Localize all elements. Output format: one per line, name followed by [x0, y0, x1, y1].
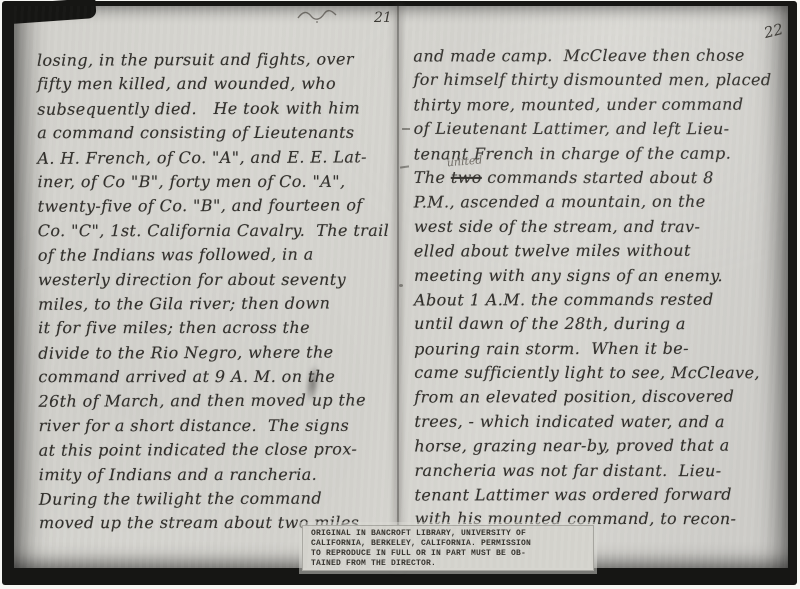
- manuscript-line: thirty more, mounted, under command: [413, 94, 781, 119]
- manuscript-line: river for a short distance. The signs: [39, 416, 401, 441]
- scan-corner-shadow: [9, 0, 96, 24]
- manuscript-paper: 21 22 losing, in the pursuit and fights,…: [14, 6, 788, 568]
- bancroft-library-stamp: ORIGINAL IN BANCROFT LIBRARY, UNIVERSITY…: [302, 525, 594, 571]
- manuscript-line: rancheria was not far distant. Lieu-: [414, 460, 782, 485]
- page-number-left: 21: [374, 10, 392, 26]
- manuscript-line: command arrived at 9 A. M. on the: [38, 367, 400, 392]
- margin-pencil-mark: [402, 128, 410, 130]
- left-page-handwriting: losing, in the pursuit and fights, overf…: [37, 49, 401, 538]
- pencil-insertion: united: [446, 153, 483, 169]
- stamp-text-line: TAINED FROM THE DIRECTOR.: [311, 559, 593, 569]
- margin-pencil-mark: [400, 165, 409, 168]
- manuscript-line: iner, of Co "B", forty men of Co. "A",: [38, 172, 400, 197]
- stamp-text-line: CALIFORNIA, BERKELEY, CALIFORNIA. PERMIS…: [311, 539, 593, 549]
- manuscript-line: at this point indicated the close prox-: [39, 439, 401, 465]
- manuscript-line: westerly direction for about seventy: [38, 269, 400, 294]
- manuscript-line: meeting with any signs of an enemy.: [414, 265, 782, 290]
- manuscript-line: During the twilight the command: [39, 488, 401, 514]
- manuscript-line: subsequently died. He took with him: [37, 98, 399, 124]
- manuscript-line: of the Indians was followed, in a: [38, 244, 400, 270]
- manuscript-line: until dawn of the 28th, during a: [414, 314, 782, 339]
- manuscript-line: tenant Lattimer was ordered forward: [415, 485, 783, 510]
- manuscript-line: imity of Indians and a rancheria.: [39, 464, 401, 489]
- manuscript-line: and made camp. McCleave then chose: [413, 46, 781, 71]
- margin-pencil-mark: [399, 284, 403, 287]
- manuscript-line: About 1 A.M. the commands rested: [414, 289, 782, 314]
- manuscript-line: west side of the stream, and trav-: [414, 217, 782, 242]
- manuscript-line: horse, grazing near-by, proved that a: [414, 436, 782, 461]
- manuscript-line: it for five miles; then across the: [38, 318, 400, 343]
- stamp-text-line: TO REPRODUCE IN FULL OR IN PART MUST BE …: [311, 549, 593, 559]
- manuscript-line: of Lieutenant Lattimer, and left Lieu-: [414, 119, 782, 144]
- manuscript-line: losing, in the pursuit and fights, over: [37, 49, 399, 75]
- manuscript-line: A. H. French, of Co. "A", and E. E. Lat-: [37, 147, 399, 173]
- manuscript-line: The twounited commands started about 8: [414, 168, 782, 193]
- manuscript-line: trees, - which indicated water, and a: [414, 412, 782, 437]
- manuscript-line: a command consisting of Lieutenants: [37, 123, 399, 148]
- right-page-handwriting: and made camp. McCleave then chosefor hi…: [413, 46, 782, 535]
- manuscript-line: P.M., ascended a mountain, on the: [414, 192, 782, 217]
- stamp-text-line: ORIGINAL IN BANCROFT LIBRARY, UNIVERSITY…: [311, 529, 593, 539]
- manuscript-line: fifty men killed, and wounded, who: [37, 74, 399, 99]
- manuscript-line: came sufficiently light to see, McCleave…: [414, 363, 782, 388]
- manuscript-line: miles, to the Gila river; then down: [38, 293, 400, 319]
- manuscript-line: 26th of March, and then moved up the: [38, 391, 400, 417]
- manuscript-line: Co. "C", 1st. California Cavalry. The tr…: [38, 221, 400, 246]
- manuscript-line: twenty-five of Co. "B", and fourteen of: [38, 196, 400, 222]
- manuscript-line: elled about twelve miles without: [414, 241, 782, 266]
- page-number-right: 22: [762, 20, 785, 42]
- manuscript-line: for himself thirty dismounted men, place…: [413, 70, 781, 95]
- struck-word: twounited: [451, 168, 482, 187]
- manuscript-line: divide to the Rio Negro, where the: [38, 342, 400, 368]
- manuscript-line: pouring rain storm. When it be-: [414, 338, 782, 363]
- manuscript-scan: 21 22 losing, in the pursuit and fights,…: [0, 0, 800, 589]
- manuscript-line: from an elevated position, discovered: [414, 387, 782, 412]
- ink-scribble-mark: [296, 7, 338, 23]
